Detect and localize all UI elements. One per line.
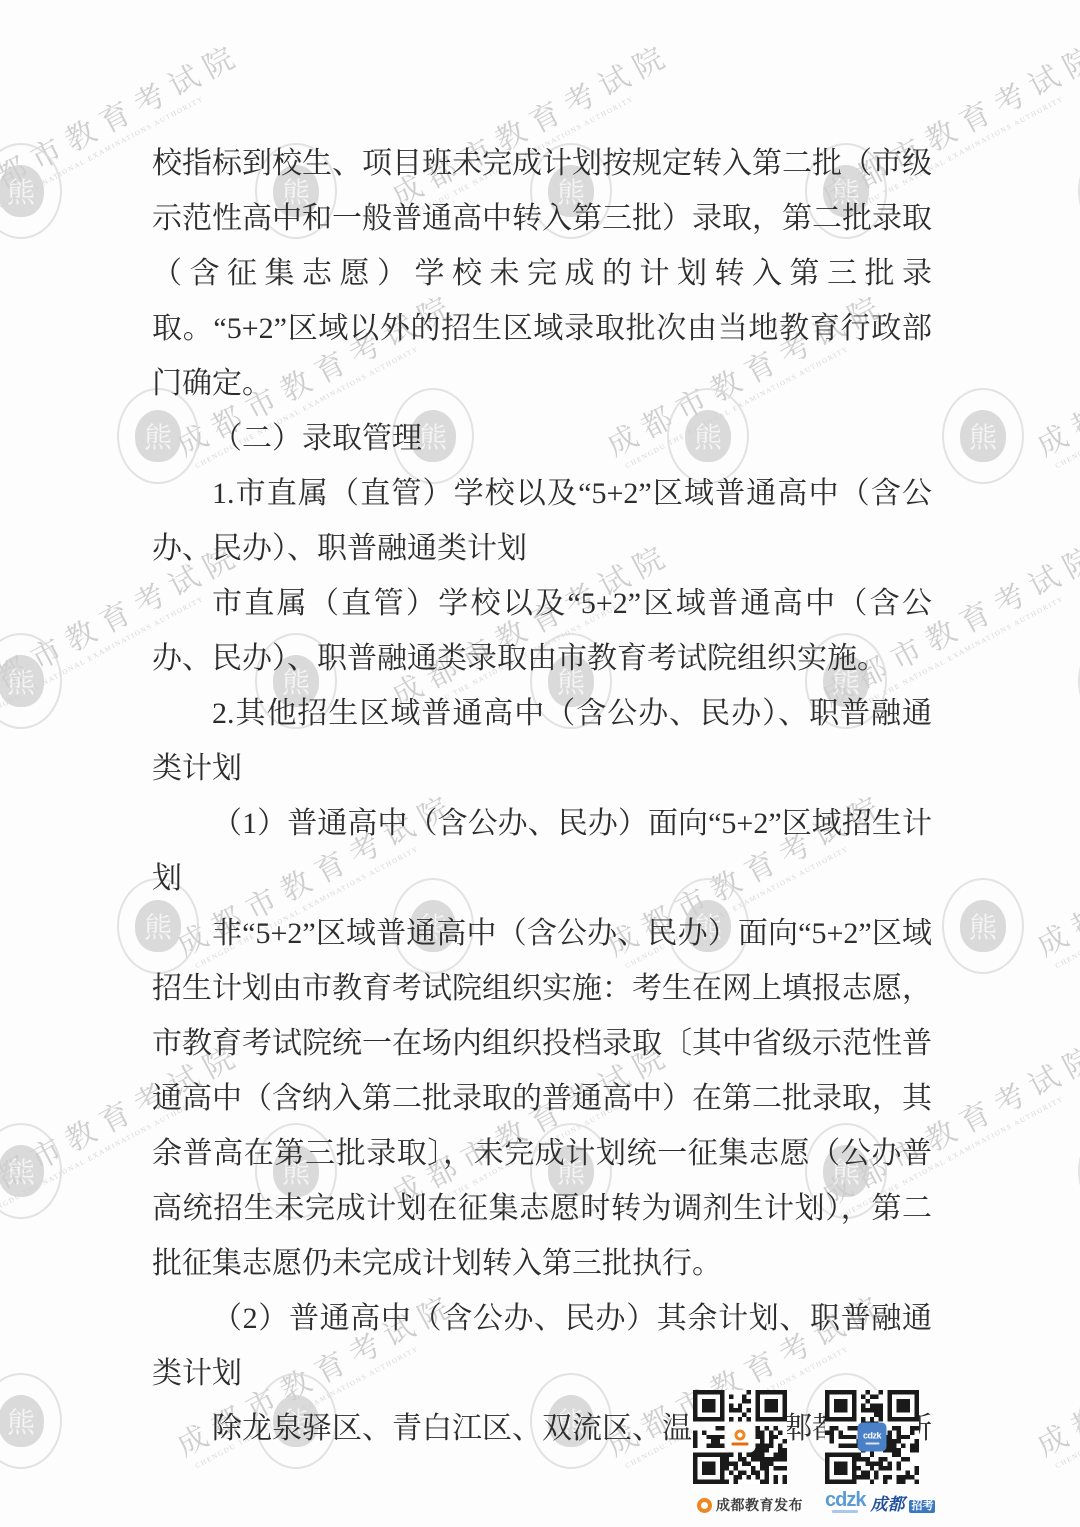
- qr-caption-left-text: 成都教育发布: [716, 1495, 803, 1515]
- qr-caption-left: 成都教育发布: [697, 1495, 803, 1515]
- qr-caption-right: cdzk 成都 招考: [825, 1491, 935, 1513]
- cdzk-logotype-subline: [832, 1510, 858, 1513]
- cdzk-logotype: cdzk: [825, 1491, 865, 1513]
- document-body: 校指标到校生、项目班未完成计划按规定转入第二批（市级示范性高中和一般普通高中转入…: [152, 136, 932, 1456]
- paragraph: （1）普通高中（含公办、民办）面向“5+2”区域招生计划: [152, 796, 932, 906]
- watermark-seal-glyph: 熊: [0, 1395, 44, 1447]
- paragraph: （二）录取管理: [152, 411, 932, 466]
- zhaokao-badge-text: 招考: [909, 1500, 935, 1513]
- cdzk-logotype-text: cdzk: [825, 1491, 865, 1509]
- watermark-seal-glyph: 熊: [960, 900, 1006, 952]
- watermark-seal-icon: 熊: [0, 633, 62, 729]
- watermark-text: 成都市教育考试院CHENGDU THE NATIONAL EXAMINATION…: [1028, 1280, 1080, 1473]
- paragraph: 非“5+2”区域普通高中（含公办、民办）面向“5+2”区域招生计划由市教育考试院…: [152, 906, 932, 1291]
- orange-ring-icon: [735, 1429, 746, 1440]
- watermark-seal-icon: 熊: [0, 143, 62, 239]
- watermark-seal-glyph: 熊: [960, 410, 1006, 462]
- qr-center-logo-left: [726, 1423, 755, 1452]
- qr-code-chengdu-zhaokao-icon: cdzk: [825, 1390, 919, 1484]
- watermark-en-text: CHENGDU THE NATIONAL EXAMINATIONS AUTHOR…: [1054, 317, 1080, 471]
- paragraph: 2.其他招生区域普通高中（含公办、民办）、职普融通类计划: [152, 686, 932, 796]
- watermark-text: 成都市教育考试院CHENGDU THE NATIONAL EXAMINATION…: [1028, 780, 1080, 973]
- logo-caption-bar: [732, 1442, 749, 1445]
- watermark-cn-text: 成都市教育考试院: [1028, 1280, 1080, 1465]
- watermark-seal-glyph: 熊: [0, 655, 44, 707]
- paragraph: 校指标到校生、项目班未完成计划按规定转入第二批（市级示范性高中和一般普通高中转入…: [152, 136, 932, 411]
- watermark-cn-text: 成都市教育考试院: [1028, 780, 1080, 965]
- watermark-seal-icon: 熊: [942, 388, 1024, 484]
- qr-block-chengdu-zhaokao: cdzk cdzk 成都 招考: [825, 1390, 935, 1515]
- qr-center-logo-right: cdzk: [858, 1423, 887, 1452]
- orange-ring-icon: [697, 1498, 712, 1513]
- qr-footer: 成都教育发布 cdzk cdzk 成都 招考: [693, 1390, 935, 1515]
- paragraph: 1.市直属（直管）学校以及“5+2”区域普通高中（含公办、民办）、职普融通类计划: [152, 466, 932, 576]
- watermark-seal-icon: 熊: [0, 1123, 62, 1219]
- cdzk-mini-logo: cdzk: [863, 1430, 881, 1440]
- watermark-text: 成都市教育考试院CHENGDU THE NATIONAL EXAMINATION…: [1028, 280, 1080, 473]
- qr-code-chengdu-education-icon: [693, 1390, 787, 1484]
- watermark-seal-icon: 熊: [0, 1373, 62, 1469]
- watermark-seal-glyph: 熊: [0, 1145, 44, 1197]
- chengdu-script-text: 成都: [870, 1496, 904, 1513]
- paragraph: 市直属（直管）学校以及“5+2”区域普通高中（含公办、民办）、职普融通类录取由市…: [152, 576, 932, 686]
- watermark-seal-icon: 熊: [942, 878, 1024, 974]
- logo-caption-bar: [865, 1442, 879, 1444]
- paragraph: （2）普通高中（含公办、民办）其余计划、职普融通类计划: [152, 1291, 932, 1401]
- qr-block-chengdu-education: 成都教育发布: [693, 1390, 803, 1515]
- watermark-seal-glyph: 熊: [0, 165, 44, 217]
- watermark-cn-text: 成都市教育考试院: [1028, 280, 1080, 465]
- watermark-en-text: CHENGDU THE NATIONAL EXAMINATIONS AUTHOR…: [1054, 1317, 1080, 1471]
- watermark-en-text: CHENGDU THE NATIONAL EXAMINATIONS AUTHOR…: [1054, 817, 1080, 971]
- document-page: 成都市教育考试院CHENGDU THE NATIONAL EXAMINATION…: [0, 0, 1080, 1527]
